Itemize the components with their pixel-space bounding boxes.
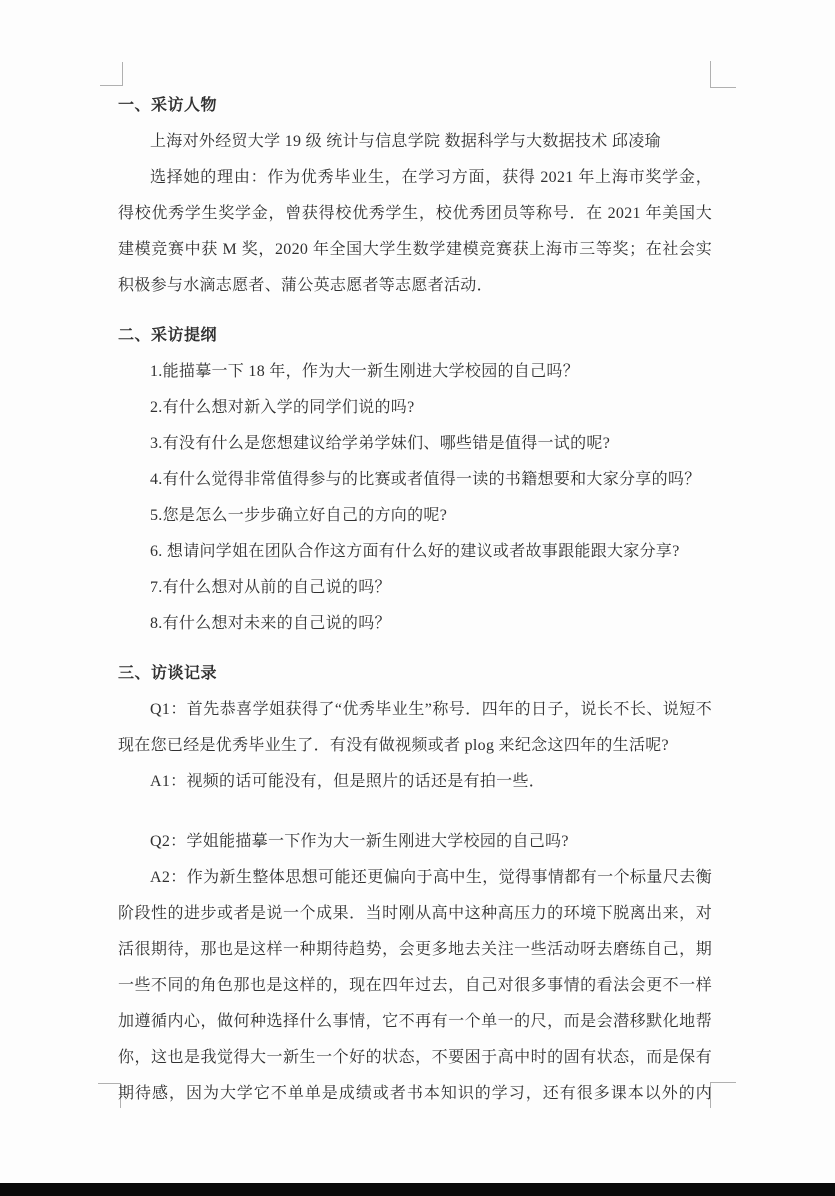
- document-line: 加遵循内心，做何种选择什么事情，它不再有一个单一的尺，而是会潜移默化地帮助你影响: [118, 1004, 712, 1040]
- document-line: 积极参与水滴志愿者、蒲公英志愿者等志愿者活动．: [118, 268, 712, 304]
- document-line: 上海对外经贸大学 19 级 统计与信息学院 数据科学与大数据技术 邱凌瑜: [118, 124, 712, 160]
- document-content: 一、采访人物 上海对外经贸大学 19 级 统计与信息学院 数据科学与大数据技术 …: [118, 88, 712, 1112]
- document-line: A1：视频的话可能没有，但是照片的话还是有拍一些．: [118, 764, 712, 800]
- document-line: 3.有没有什么是您想建议给学弟学妹们、哪些错是值得一试的呢?: [118, 426, 712, 462]
- document-line: 4.有什么觉得非常值得参与的比赛或者值得一读的书籍想要和大家分享的吗？: [118, 462, 712, 498]
- document-line: 得校优秀学生奖学金，曾获得校优秀学生，校优秀团员等称号．在 2021 年美国大学…: [118, 196, 712, 232]
- document-line: 期待感，因为大学它不单单是成绩或者书本知识的学习，还有很多课本以外的内容．: [118, 1076, 712, 1112]
- crop-mark-top-right: [710, 61, 736, 88]
- document-page: 一、采访人物 上海对外经贸大学 19 级 统计与信息学院 数据科学与大数据技术 …: [0, 0, 835, 1196]
- document-line: 现在您已经是优秀毕业生了．有没有做视频或者 plog 来纪念这四年的生活呢?: [118, 728, 712, 764]
- document-line: 1.能描摹一下 18 年，作为大一新生刚进大学校园的自己吗？: [118, 354, 712, 390]
- document-line: 8.有什么想对未来的自己说的吗？: [118, 606, 712, 642]
- document-line: A2：作为新生整体思想可能还更偏向于高中生，觉得事情都有一个标量尺去衡量自己: [118, 860, 712, 896]
- document-line: 6. 想请问学姐在团队合作这方面有什么好的建议或者故事跟能跟大家分享?: [118, 534, 712, 570]
- section-3-heading: 三、访谈记录: [118, 656, 712, 692]
- section-2-heading: 二、采访提纲: [118, 318, 712, 354]
- document-line: Q2：学姐能描摹一下作为大一新生刚进大学校园的自己吗?: [118, 824, 712, 860]
- document-line: 一些不同的角色那也是这样的，现在四年过去，自己对很多事情的看法会更不一样了，会愈: [118, 968, 712, 1004]
- document-line: Q1：首先恭喜学姐获得了“优秀毕业生”称号．四年的日子，说长不长、说短不短，: [118, 692, 712, 728]
- document-line: 5.您是怎么一步步确立好自己的方向的呢?: [118, 498, 712, 534]
- document-line: 阶段性的进步或者是说一个成果．当时刚从高中这种高压力的环境下脱离出来，对未来的生: [118, 896, 712, 932]
- crop-mark-bottom-right: [710, 1082, 736, 1108]
- document-line: 活很期待，那也是这样一种期待趋势，会更多地去关注一些活动呀去磨练自己，期待去体验: [118, 932, 712, 968]
- document-line: 7.有什么想对从前的自己说的吗？: [118, 570, 712, 606]
- document-line: 选择她的理由：作为优秀毕业生，在学习方面，获得 2021 年上海市奖学金，并多次…: [118, 160, 712, 196]
- bottom-black-bar: [0, 1183, 835, 1196]
- document-line: 建模竞赛中获 M 奖，2020 年全国大学生数学建模竞赛获上海市三等奖；在社会实…: [118, 232, 712, 268]
- section-1-heading: 一、采访人物: [118, 88, 712, 124]
- document-line: 2.有什么想对新入学的同学们说的吗?: [118, 390, 712, 426]
- crop-mark-top-left: [100, 62, 123, 86]
- document-line: 你，这也是我觉得大一新生一个好的状态，不要困于高中时的固有状态，而是保有好奇心与: [118, 1040, 712, 1076]
